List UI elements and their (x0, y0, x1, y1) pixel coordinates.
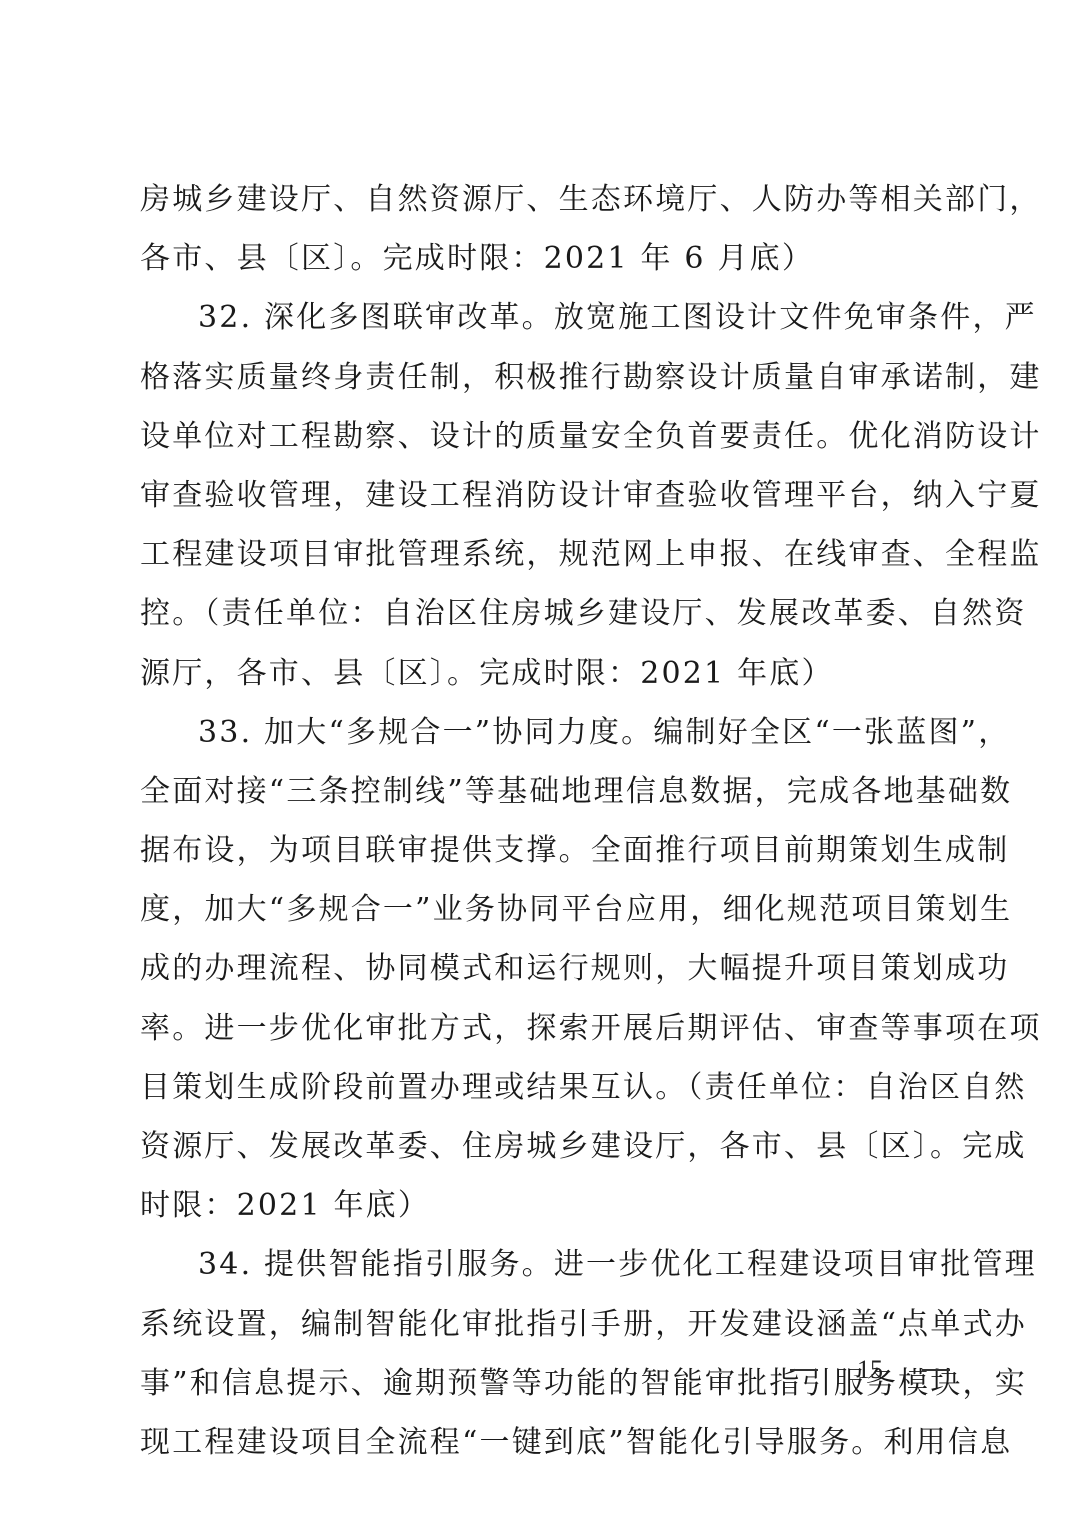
text-line: 据布设，为项目联审提供支撑。全面推行项目前期策划生成制 (140, 828, 940, 887)
document-page: 房城乡建设厅、自然资源厅、生态环境厅、人防办等相关部门， 各市、县〔区〕。完成时… (0, 0, 1074, 1520)
text-line: 成的办理流程、协同模式和运行规则，大幅提升项目策划成功 (140, 946, 940, 1005)
text-line: 格落实质量终身责任制，积极推行勘察设计质量自审承诺制，建 (140, 355, 940, 414)
text-line: 审查验收管理，建设工程消防设计审查验收管理平台，纳入宁夏 (140, 473, 940, 532)
text-line: 现工程建设项目全流程“一键到底”智能化引导服务。利用信息 (140, 1420, 940, 1479)
text-line: 房城乡建设厅、自然资源厅、生态环境厅、人防办等相关部门， (140, 177, 940, 236)
paragraph-32-start: 32. 深化多图联审改革。放宽施工图设计文件免审条件，严 (140, 295, 940, 354)
document-body: 房城乡建设厅、自然资源厅、生态环境厅、人防办等相关部门， 各市、县〔区〕。完成时… (140, 177, 940, 1479)
text-line: 源厅，各市、县〔区〕。完成时限：2021 年底） (140, 651, 940, 710)
text-line: 全面对接“三条控制线”等基础地理信息数据，完成各地基础数 (140, 769, 940, 828)
paragraph-33-start: 33. 加大“多规合一”协同力度。编制好全区“一张蓝图”， (140, 710, 940, 769)
dash-left-decoration (790, 1369, 818, 1371)
text-line: 目策划生成阶段前置办理或结果互认。（责任单位：自治区自然 (140, 1065, 940, 1124)
text-line: 资源厅、发展改革委、住房城乡建设厅，各市、县〔区〕。完成 (140, 1124, 940, 1183)
text-line: 率。进一步优化审批方式，探索开展后期评估、审查等事项在项 (140, 1006, 940, 1065)
text-line: 设单位对工程勘察、设计的质量安全负首要责任。优化消防设计 (140, 414, 940, 473)
paragraph-34-start: 34. 提供智能指引服务。进一步优化工程建设项目审批管理 (140, 1242, 940, 1301)
page-number-value: 15 (857, 1355, 883, 1385)
text-line: 时限：2021 年底） (140, 1183, 940, 1242)
text-line: 工程建设项目审批管理系统，规范网上申报、在线审查、全程监 (140, 532, 940, 591)
text-line: 各市、县〔区〕。完成时限：2021 年 6 月底） (140, 236, 940, 295)
text-line: 度，加大“多规合一”业务协同平台应用，细化规范项目策划生 (140, 887, 940, 946)
page-number: 15 (790, 1350, 950, 1390)
text-line: 控。（责任单位：自治区住房城乡建设厅、发展改革委、自然资 (140, 591, 940, 650)
dash-right-decoration (922, 1369, 950, 1371)
